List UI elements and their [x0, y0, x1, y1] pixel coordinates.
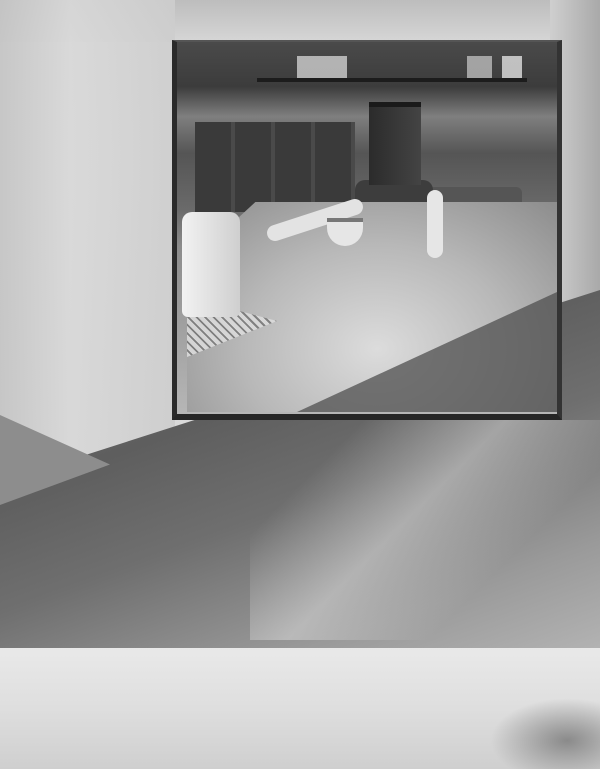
shelf — [257, 78, 527, 82]
left-wall — [0, 0, 175, 470]
right-arm — [427, 190, 443, 258]
charcoal-artwork — [0, 0, 600, 769]
pitcher — [182, 212, 240, 317]
framed-scene — [172, 40, 562, 420]
bag-covered-head — [369, 102, 421, 185]
cabinets — [195, 122, 355, 212]
shelf-items — [277, 56, 527, 78]
floor-light-streak — [250, 420, 600, 640]
bottom-band — [0, 648, 600, 769]
